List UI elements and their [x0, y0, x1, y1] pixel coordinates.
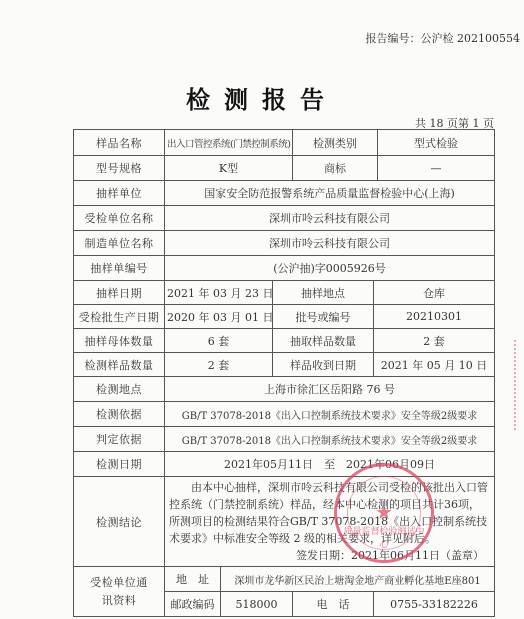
label-model: 型号规格 — [74, 156, 165, 181]
value-postcode: 518000 — [221, 592, 293, 617]
row-inspected-unit: 受检单位名称 深圳市呤云科技有限公司 — [74, 206, 495, 231]
label-test-basis: 检测依据 — [74, 402, 165, 427]
label-sample-name: 样品名称 — [74, 130, 165, 156]
value-received-date: 2021 年 05 月 10 日 — [374, 353, 495, 377]
label-production-date: 受检批生产日期 — [74, 305, 165, 329]
row-conclusion: 检测结论 由本中心抽样，深圳市呤云科技有限公司受检的该批出入口管控系统（门禁控制… — [74, 477, 495, 567]
report-number: 报告编号：公沪检 202100554 — [330, 30, 520, 46]
value-conclusion: 由本中心抽样，深圳市呤云科技有限公司受检的该批出入口管控系统（门禁控制系统）样品… — [165, 477, 495, 567]
report-table: 样品名称 出入口管控系统(门禁控制系统) 检测类别 型式检验 型号规格 K型 商… — [73, 129, 495, 617]
value-judgment-basis: GB/T 37078-2018《出入口控制系统技术要求》安全等级2级要求 — [165, 427, 495, 452]
value-batch-no: 20210301 — [374, 305, 495, 329]
label-test-qty: 检测样品数量 — [74, 353, 165, 377]
row-test-date: 检测日期 2021年05月11日 至 2021年06月09日 — [74, 452, 495, 477]
label-base-qty: 抽样母体数量 — [74, 329, 165, 353]
conclusion-text: 由本中心抽样，深圳市呤云科技有限公司受检的该批出入口管控系统（门禁控制系统）样品… — [169, 479, 490, 547]
label-sampling-date: 抽样日期 — [74, 281, 165, 305]
label-trademark: 商标 — [293, 156, 378, 181]
label-address: 地 址 — [165, 567, 221, 592]
value-trademark: — — [378, 156, 495, 181]
row-address: 受检单位通讯资料 地 址 深圳市龙华新区民治上塘淘金地产商业孵化基地E座801 — [74, 567, 495, 592]
value-sampling-form-no: (公沪抽)字0005926号 — [165, 256, 495, 281]
label-inspected-unit: 受检单位名称 — [74, 206, 165, 231]
value-test-basis: GB/T 37078-2018《出入口控制系统技术要求》安全等级2级要求 — [165, 402, 495, 427]
row-sampling-date: 抽样日期 2021 年 03 月 23 日 抽样地点 仓库 — [74, 281, 495, 305]
label-test-date: 检测日期 — [74, 452, 165, 477]
value-test-date: 2021年05月11日 至 2021年06月09日 — [165, 452, 495, 477]
label-postcode: 邮政编码 — [165, 592, 221, 617]
row-manufacturer: 制造单位名称 深圳市呤云科技有限公司 — [74, 231, 495, 256]
value-sampling-date: 2021 年 03 月 23 日 — [165, 281, 273, 305]
value-test-category: 型式检验 — [378, 130, 495, 156]
row-test-qty: 检测样品数量 2 套 样品收到日期 2021 年 05 月 10 日 — [74, 353, 495, 377]
value-model: K型 — [165, 156, 293, 181]
edge-seal-mark — [514, 340, 524, 430]
issue-date: 签发日期：2021年06月11日（盖章） — [169, 547, 490, 564]
row-test-location: 检测地点 上海市徐汇区岳阳路 76 号 — [74, 377, 495, 402]
label-sampling-unit: 抽样单位 — [74, 181, 165, 206]
value-sampling-place: 仓库 — [374, 281, 495, 305]
value-inspected-unit: 深圳市呤云科技有限公司 — [165, 206, 495, 231]
row-judgment-basis: 判定依据 GB/T 37078-2018《出入口控制系统技术要求》安全等级2级要… — [74, 427, 495, 452]
value-sampling-unit: 国家安全防范报警系统产品质量监督检验中心(上海) — [165, 181, 495, 206]
label-sampling-place: 抽样地点 — [273, 281, 374, 305]
label-sample-qty: 抽取样品数量 — [273, 329, 374, 353]
label-received-date: 样品收到日期 — [273, 353, 374, 377]
value-test-qty: 2 套 — [165, 353, 273, 377]
label-contact: 受检单位通讯资料 — [74, 567, 165, 617]
row-sampling-unit: 抽样单位 国家安全防范报警系统产品质量监督检验中心(上海) — [74, 181, 495, 206]
document-title: 检测报告 — [0, 80, 524, 115]
row-production-date: 受检批生产日期 2020 年 03 月 01 日 批号或编号 20210301 — [74, 305, 495, 329]
label-batch-no: 批号或编号 — [273, 305, 374, 329]
label-manufacturer: 制造单位名称 — [74, 231, 165, 256]
label-sampling-form-no: 抽样单编号 — [74, 256, 165, 281]
value-manufacturer: 深圳市呤云科技有限公司 — [165, 231, 495, 256]
row-test-basis: 检测依据 GB/T 37078-2018《出入口控制系统技术要求》安全等级2级要… — [74, 402, 495, 427]
label-test-category: 检测类别 — [293, 130, 378, 156]
value-base-qty: 6 套 — [165, 329, 273, 353]
label-phone: 电 话 — [293, 592, 374, 617]
value-phone: 0755-33182226 — [374, 592, 495, 617]
value-production-date: 2020 年 03 月 01 日 — [165, 305, 273, 329]
value-address: 深圳市龙华新区民治上塘淘金地产商业孵化基地E座801 — [221, 567, 495, 592]
label-test-location: 检测地点 — [74, 377, 165, 402]
value-test-location: 上海市徐汇区岳阳路 76 号 — [165, 377, 495, 402]
row-sampling-form-no: 抽样单编号 (公沪抽)字0005926号 — [74, 256, 495, 281]
row-sample-name: 样品名称 出入口管控系统(门禁控制系统) 检测类别 型式检验 — [74, 130, 495, 156]
label-conclusion: 检测结论 — [74, 477, 165, 567]
value-sample-qty: 2 套 — [374, 329, 495, 353]
value-sample-name: 出入口管控系统(门禁控制系统) — [165, 130, 293, 156]
label-judgment-basis: 判定依据 — [74, 427, 165, 452]
row-base-qty: 抽样母体数量 6 套 抽取样品数量 2 套 — [74, 329, 495, 353]
row-model: 型号规格 K型 商标 — — [74, 156, 495, 181]
